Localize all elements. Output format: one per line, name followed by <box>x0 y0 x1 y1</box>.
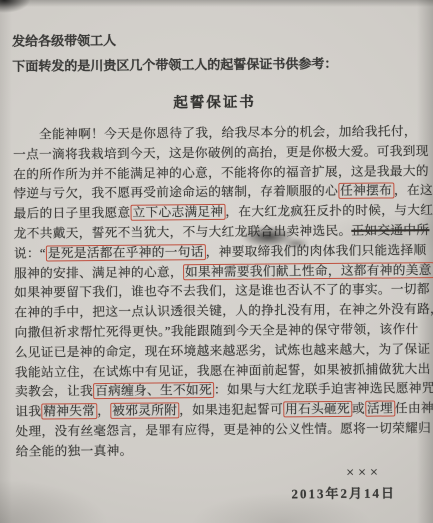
text-segment: 处理，没有丝毫怨言，是罪有应得，更是神的公义性情。愿将一切荣耀归 <box>15 421 431 439</box>
text-segment: 么见证已是神的命定，现在环境越来越恶劣，试炼也越来越大，为了保证 <box>15 342 431 360</box>
red-circled-phrase: 如果神需要我们献上性命，这都有神的美意 <box>183 262 433 280</box>
red-circled-phrase: 被邪灵所附 <box>110 402 179 419</box>
text-segment: 服神的安排、满足神的心意， <box>14 265 183 280</box>
body-text: 全能神啊！今天是你恩待了我，给我尽本分的机会，加给我托付，一点一滴将我栽培到今天… <box>13 122 420 462</box>
red-circled-phrase: 立下心志满足神 <box>130 204 225 221</box>
text-segment: 悖逆与亏欠，我不愿再受前途命运的辖制，存着顺服的心 <box>13 184 338 201</box>
body-line: 给全能的独一真神。 <box>16 439 420 462</box>
text-segment: 给全能的独一真神。 <box>16 443 133 458</box>
document-title: 起誓保证书 <box>13 89 417 114</box>
text-segment: ，在这 <box>394 183 433 197</box>
text-segment: ， <box>97 404 110 418</box>
text-segment: 卖教会，让我 <box>15 384 93 399</box>
text-segment: 全能神啊！今天是你恩待了我，给我尽本分的机会，加给我托付， <box>13 124 417 142</box>
red-circled-phrase: 百病缠身、生不如死 <box>93 382 214 399</box>
text-segment: 在的所作所为并不能满足神的心意，不能将你的福音扩展，这是我最大的 <box>13 164 429 182</box>
text-segment: 向撒但祈求帮忙死得更快。”我能跟随到今天全是神的保守带领，该作什 <box>15 322 419 340</box>
text-segment: ：如果与大红龙联手迫害神选民愿神咒 <box>214 381 433 397</box>
document-photo: 发给各级带领工人 下面转发的是川贵区几个带领工人的起誓保证书供参考： 起誓保证书… <box>0 0 433 523</box>
text-segment: 龙不共戴天，誓死不当犹大，不与大红龙联合出卖神选民。 <box>14 224 352 241</box>
text-segment: 诅我 <box>15 405 41 419</box>
text-segment: ，如果违犯起誓可 <box>179 403 283 418</box>
text-segment: 一点一滴将我栽培到今天，这是你破例的高抬，更是你极大爱。可我到现 <box>13 144 429 162</box>
red-circled-phrase: 活埋 <box>365 401 395 417</box>
text-segment: 我能站立住，在试炼中有见证，我愿在神面前起誓，如果被抓捕做犹大出 <box>15 362 431 380</box>
struck-out-phrase: 正如交通中所 <box>351 223 429 238</box>
text-segment: 如果神要留下我们，谁也夺不去我们，这是谁也否认不了的事实。一切都 <box>14 283 430 301</box>
body-line: 处理，没有丝毫怨言，是罪有应得，更是神的公义性情。愿将一切荣耀归 <box>15 419 419 442</box>
text-segment: 在神的手中，把这一点认识透很关键，人的挣扎没有用，在神之外没有路， <box>14 302 433 320</box>
distribution-line: 发给各级带领工人 <box>12 28 416 51</box>
text-segment: 说：“ <box>14 246 46 260</box>
red-circled-phrase: 是死是活都在乎神的一句话 <box>46 244 206 261</box>
red-circled-phrase: 任神摆布 <box>338 183 394 199</box>
red-circled-phrase: 用石头砸死 <box>283 401 352 418</box>
intro-line: 下面转发的是川贵区几个带领工人的起誓保证书供参考： <box>12 53 416 76</box>
text-segment: 最后的日子里我愿意 <box>14 206 131 221</box>
document-page: 发给各级带领工人 下面转发的是川贵区几个带领工人的起誓保证书供参考： 起誓保证书… <box>0 0 433 523</box>
date: 2013年2月14日 <box>16 482 420 507</box>
red-circled-phrase: 精神失常 <box>41 403 97 419</box>
text-segment: ，在大红龙疯狂反扑的时候，与大红 <box>225 203 433 219</box>
text-segment: 或 <box>352 402 365 416</box>
text-segment: 任由神家 <box>395 401 433 415</box>
text-segment: ，神要取缔我们的肉体我们只能选择顺 <box>206 243 427 259</box>
